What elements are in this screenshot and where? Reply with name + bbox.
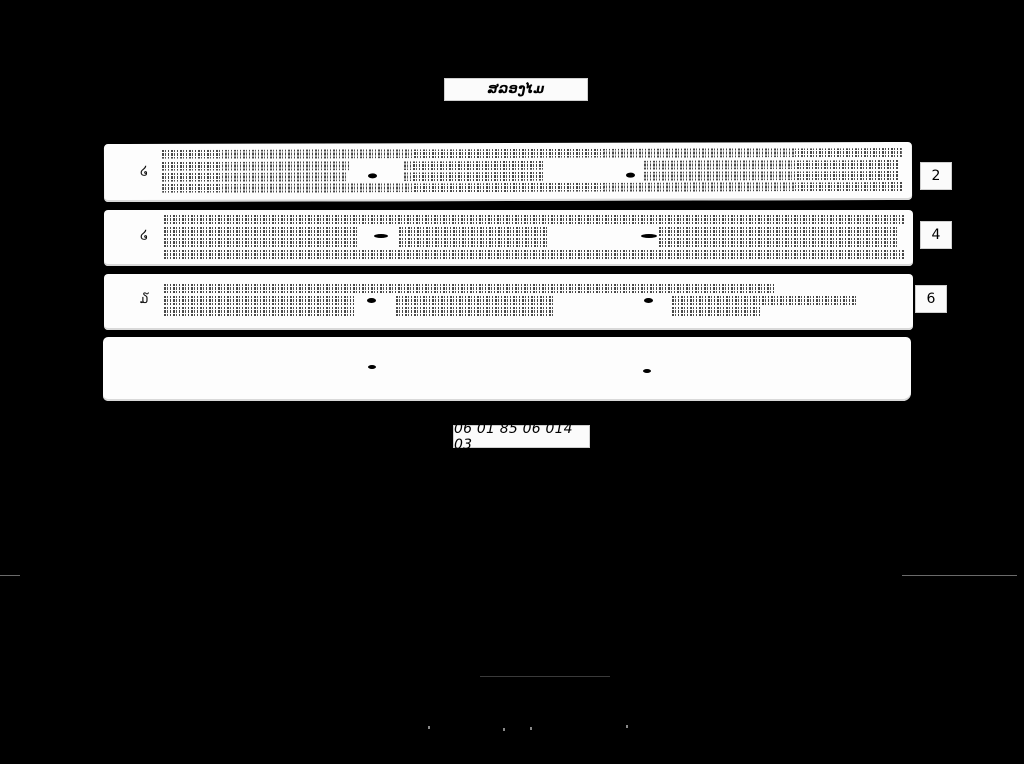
- palm-leaf-2: ໒: [104, 210, 913, 266]
- script-line: [672, 296, 858, 305]
- page-number: 4: [932, 227, 941, 243]
- script-line: [164, 250, 904, 259]
- scan-artifact: [428, 726, 430, 729]
- catalog-number-label: 06 01 85 06 014 03: [453, 425, 590, 448]
- script-line: [162, 161, 350, 170]
- binding-hole: [644, 298, 653, 303]
- script-line: [404, 161, 544, 170]
- binding-hole: [368, 173, 377, 178]
- palm-leaf-3: ໓: [104, 274, 913, 330]
- manuscript-title-label: ສລອງໄມ: [444, 78, 588, 101]
- scan-artifact: [0, 575, 20, 576]
- script-line: [164, 307, 354, 316]
- script-line: [644, 160, 899, 170]
- scan-artifact: [626, 725, 628, 728]
- binding-hole: [368, 365, 376, 369]
- script-line: [659, 227, 899, 236]
- leaf-margin-mark: ໒: [140, 228, 148, 243]
- script-line: [659, 238, 899, 247]
- page-number-tag: 4: [920, 221, 952, 249]
- catalog-number: 06 01 85 06 014 03: [454, 421, 589, 453]
- scan-artifact: [902, 575, 1017, 576]
- script-line: [164, 227, 359, 236]
- page-number-tag: 2: [920, 162, 952, 190]
- scan-artifact: [503, 728, 505, 731]
- script-line: [164, 296, 354, 305]
- script-line: [396, 307, 554, 316]
- scan-artifact: [530, 727, 532, 730]
- script-line: [672, 307, 762, 316]
- binding-hole: [626, 173, 635, 178]
- script-line: [644, 171, 899, 181]
- script-line: [399, 227, 549, 236]
- script-line: [162, 172, 347, 181]
- binding-hole: [374, 234, 388, 238]
- script-line: [162, 182, 902, 193]
- page-number-tag: 6: [915, 285, 947, 313]
- script-line: [399, 238, 549, 247]
- palm-leaf-4-blank: [103, 337, 911, 401]
- leaf-margin-mark: ໒: [140, 164, 148, 179]
- script-line: [164, 238, 359, 247]
- script-line: [404, 172, 544, 181]
- manuscript-title: ສລອງໄມ: [488, 82, 545, 97]
- leaf-margin-mark: ໓: [140, 292, 149, 307]
- script-line: [162, 148, 902, 159]
- page-number: 6: [927, 291, 936, 307]
- page-number: 2: [932, 168, 941, 184]
- binding-hole: [643, 369, 651, 373]
- palm-leaf-1: ໒: [104, 142, 912, 202]
- binding-hole: [641, 234, 657, 238]
- script-line: [396, 296, 554, 305]
- script-line: [164, 215, 904, 224]
- scan-artifact: [480, 676, 610, 677]
- binding-hole: [367, 298, 376, 303]
- script-line: [164, 284, 774, 293]
